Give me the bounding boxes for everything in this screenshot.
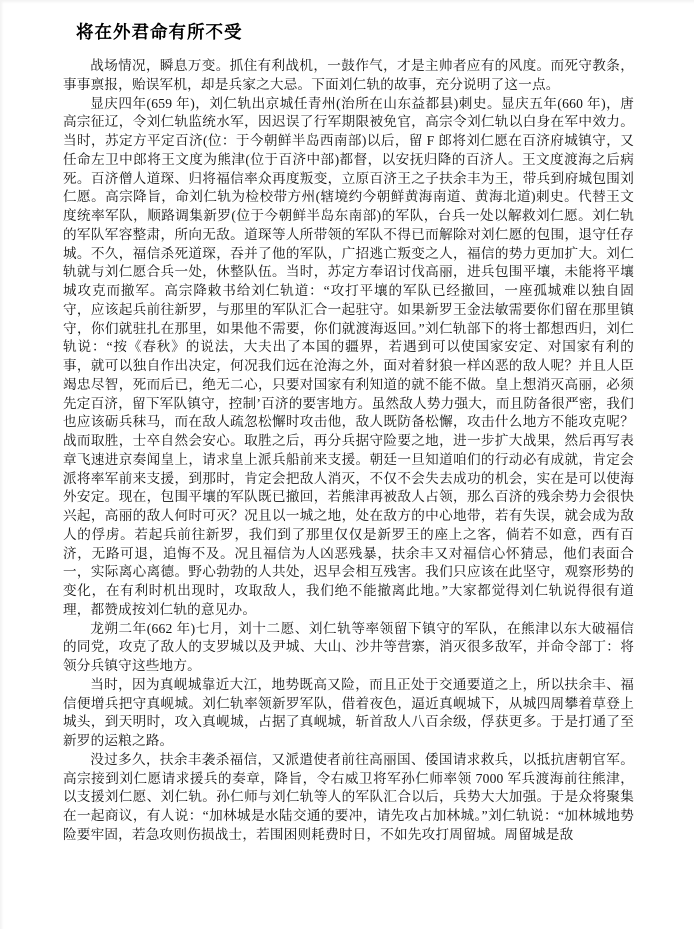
body-paragraph: 没过多久，扶余丰袭杀福信，又派遣使者前往高丽国、倭国请求救兵，以抵抗唐朝官军。高… [63,751,634,845]
document-page: 将在外君命有所不受 战场情况，瞬息万变。抓住有利战机，一鼓作气，才是主帅者应有的… [0,0,694,929]
body-paragraph: 战场情况，瞬息万变。抓住有利战机，一鼓作气，才是主帅者应有的风度。而死守教条，事… [63,57,634,95]
body-paragraph: 龙朔二年(662 年)七月，刘十二愿、刘仁轨等率领留下镇守的军队，在熊津以东大破… [63,620,634,676]
document-body: 战场情况，瞬息万变。抓住有利战机，一鼓作气，才是主帅者应有的风度。而死守教条，事… [63,57,634,845]
page-title: 将在外君命有所不受 [76,19,634,44]
body-paragraph: 显庆四年(659 年)，刘仁轨出京城任青州(治所在山东益都县)刺史。显庆五年(6… [63,95,634,620]
body-paragraph: 当时，因为真岘城靠近大江，地势既高又险，而且正处于交通要道之上，所以扶余丰、福信… [63,676,634,751]
